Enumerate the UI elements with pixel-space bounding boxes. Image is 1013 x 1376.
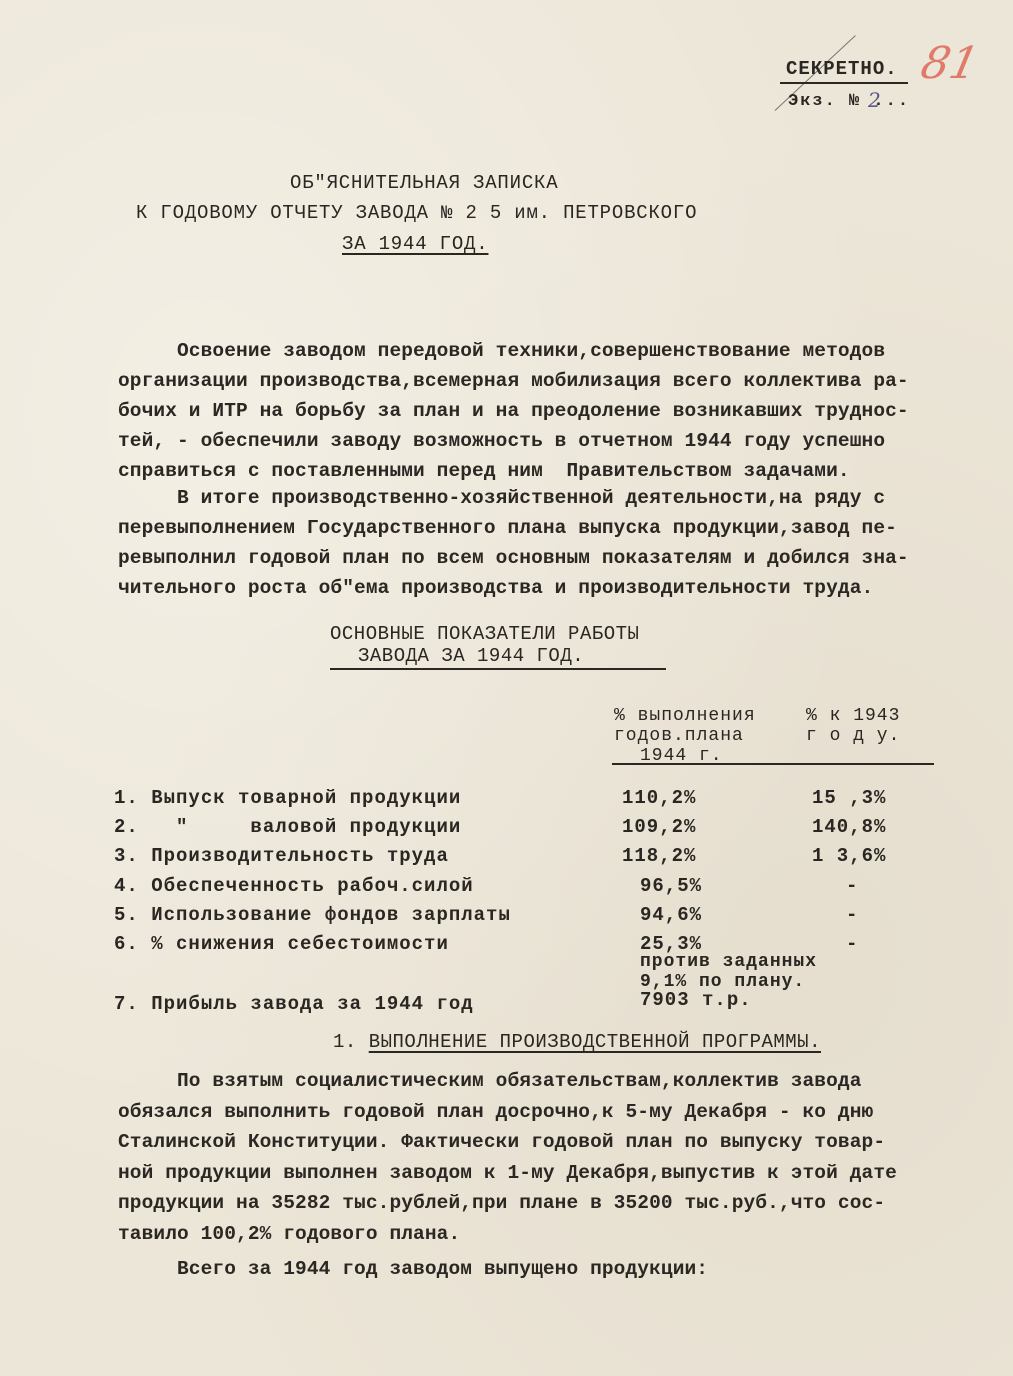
document-year: ЗА 1944 ГОД. [342, 233, 488, 255]
table-subtitle: ЗАВОДА ЗА 1944 ГОД. [358, 645, 584, 667]
indicator-label: 6. % снижения себестоимости [114, 933, 449, 955]
copy-number-label: Экз. № ... [788, 92, 910, 111]
plan-percent-value: 118,2% [622, 845, 696, 867]
document-title: ОБ"ЯСНИТЕЛЬНАЯ ЗАПИСКА [290, 172, 558, 194]
plan-percent-value: 109,2% [622, 816, 696, 838]
col1-header-line2: годов.плана [614, 726, 744, 746]
table-title-underline [330, 668, 666, 670]
indicator-label: 2. " валовой продукции [114, 816, 461, 838]
intro-line: ревыполнил годовой план по всем основным… [118, 547, 909, 569]
indicator-label: 7. Прибыль завода за 1944 год [114, 993, 474, 1015]
section1-line: тавило 100,2% годового плана. [118, 1223, 460, 1245]
copy-number-handwritten: 2 [868, 88, 881, 112]
vs-1943-value: 15 ,3% [812, 787, 886, 809]
indicator-label: 1. Выпуск товарной продукции [114, 787, 461, 809]
indicator-label: 5. Использование фондов зарплаты [114, 904, 511, 926]
document-subtitle: К ГОДОВОМУ ОТЧЕТУ ЗАВОДА № 2 5 им. ПЕТРО… [136, 202, 697, 224]
col1-header-line1: % выполнения [614, 706, 756, 726]
plan-percent-value: 94,6% [640, 904, 702, 926]
indicator-label: 4. Обеспеченность рабоч.силой [114, 875, 474, 897]
section1-line: обязался выполнить годовой план досрочно… [118, 1101, 873, 1123]
vs-1943-value: 140,8% [812, 816, 886, 838]
plan-percent-value: 110,2% [622, 787, 696, 809]
section1-line: Всего за 1944 год заводом выпущено проду… [118, 1258, 708, 1280]
row6-note-line1: против заданных [640, 952, 817, 972]
header-underline [612, 763, 934, 765]
col2-header-line2: г о д у. [806, 726, 900, 746]
intro-line: чительного роста об"ема производства и п… [118, 577, 873, 599]
section1-line: Сталинской Конституции. Фактически годов… [118, 1131, 885, 1153]
indicator-label: 3. Производительность труда [114, 845, 449, 867]
intro-line: бочих и ИТР на борьбу за план и на преод… [118, 400, 909, 422]
intro-line: организации производства,всемерная мобил… [118, 370, 909, 392]
vs-1943-value: - [846, 904, 858, 926]
vs-1943-value: - [846, 875, 858, 897]
page-number-handwritten: 81 [917, 38, 984, 89]
section1-line: продукции на 35282 тыс.рублей,при плане … [118, 1192, 885, 1214]
intro-line: перевыполнением Государственного плана в… [118, 517, 897, 539]
table-title: ОСНОВНЫЕ ПОКАЗАТЕЛИ РАБОТЫ [330, 623, 639, 645]
intro-line: тей, - обеспечили заводу возможность в о… [118, 430, 885, 452]
section1-line: ной продукции выполнен заводом к 1-му Де… [118, 1162, 897, 1184]
section-number: 1. [333, 1031, 357, 1053]
section-heading: 1. ВЫПОЛНЕНИЕ ПРОИЗВОДСТВЕННОЙ ПРОГРАММЫ… [333, 1031, 821, 1053]
section-title: ВЫПОЛНЕНИЕ ПРОИЗВОДСТВЕННОЙ ПРОГРАММЫ. [369, 1031, 821, 1053]
classification-stamp: СЕКРЕТНО. [786, 58, 898, 80]
plan-percent-value: 7903 т.р. [640, 989, 752, 1011]
plan-percent-value: 96,5% [640, 875, 702, 897]
classification-underline [780, 82, 908, 84]
vs-1943-value: 1 3,6% [812, 845, 886, 867]
intro-line: В итоге производственно-хозяйственной де… [118, 487, 885, 509]
intro-line: Освоение заводом передовой техники,совер… [118, 340, 885, 362]
intro-line: справиться с поставленными перед ним Пра… [118, 460, 850, 482]
col2-header-line1: % к 1943 [806, 706, 900, 726]
section1-line: По взятым социалистическим обязательства… [118, 1070, 862, 1092]
vs-1943-value: - [846, 933, 858, 955]
row6-note-line2: 9,1% по плану. [640, 972, 805, 992]
